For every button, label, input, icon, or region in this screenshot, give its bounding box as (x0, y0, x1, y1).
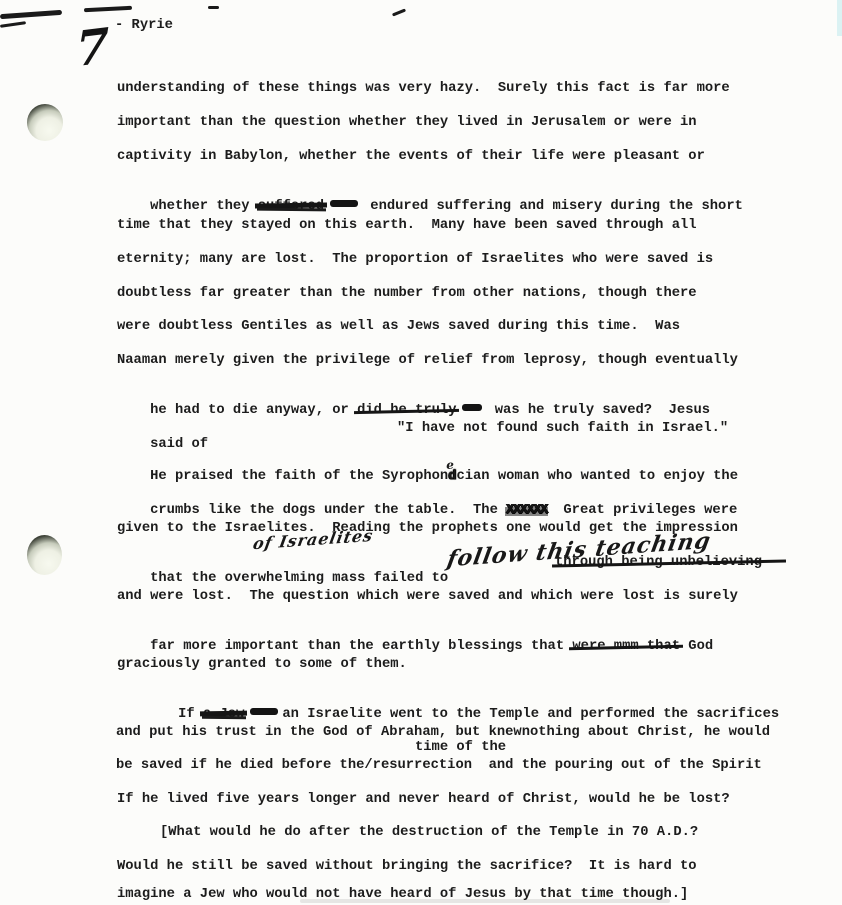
typed-line: Naaman merely given the privilege of rel… (117, 353, 738, 369)
typed-text: God (680, 639, 713, 654)
typed-line: eternity; many are lost. The proportion … (117, 252, 713, 268)
header-note: - Ryrie (115, 18, 173, 33)
strikethrough-text: suffered (258, 199, 324, 215)
torn-edge-mark (392, 8, 406, 16)
typed-line: [What would he do after the destruction … (160, 825, 698, 841)
scanned-page: - Ryrie 7 understanding of these things … (0, 0, 842, 905)
typed-text: crumbs like the dogs under the table. Th… (150, 503, 506, 518)
typed-line: and put his trust in the God of Abraham,… (116, 725, 770, 741)
superscript-insertion: e (446, 457, 454, 473)
blotted-character: de (448, 469, 456, 484)
typed-text: was he truly saved? Jesus (486, 403, 710, 418)
ink-blob (250, 708, 278, 715)
typed-quote: "I have not found such faith in Israel." (397, 421, 728, 437)
typed-text: that the overwhelming mass failed to (150, 571, 456, 586)
typed-line: and were lost. The question which were s… (117, 589, 738, 605)
ink-blob (330, 200, 358, 207)
typed-line: imagine a Jew who would not have heard o… (117, 887, 688, 903)
strikethrough-text: a Jew (203, 707, 244, 723)
interlinear-insertion: time of the (415, 740, 506, 755)
typed-line: If he lived five years longer and never … (117, 792, 730, 808)
typed-text: he had to die anyway, or (150, 403, 357, 418)
typed-text: endured suffering and misery during the … (362, 199, 743, 214)
typed-line: Would he still be saved without bringing… (117, 859, 697, 875)
typed-line: be saved if he died before the/resurrect… (116, 758, 762, 774)
typed-line: graciously granted to some of them. (117, 657, 407, 673)
ink-blob (462, 404, 482, 411)
typed-line: doubtless far greater than the number fr… (117, 286, 697, 302)
typed-text: Great privileges were (547, 503, 737, 518)
overtyped-block: XXXXXX (506, 503, 547, 518)
page-number-handwritten: 7 (76, 22, 110, 74)
typed-text: whether they (150, 199, 258, 214)
scan-edge-artifact (837, 0, 842, 36)
torn-edge-mark (84, 6, 132, 13)
hole-punch-middle (27, 535, 62, 575)
hole-punch-top (27, 104, 63, 141)
typed-line: captivity in Babylon, whether the events… (117, 149, 705, 165)
typed-line: time that they stayed on this earth. Man… (117, 218, 697, 234)
torn-edge-mark (0, 10, 62, 19)
typed-text: said of (150, 437, 208, 452)
typed-text: an Israelite went to the Temple and perf… (282, 707, 779, 722)
torn-edge-mark (0, 21, 26, 28)
torn-edge-mark (208, 6, 219, 9)
typed-line: were doubtless Gentiles as well as Jews … (117, 319, 680, 335)
typed-line: understanding of these things was very h… (117, 81, 730, 97)
strikethrough-text: did he truly (357, 403, 456, 419)
typed-text: He praised the faith of the Syrophon (150, 469, 448, 484)
typed-line: important than the question whether they… (117, 115, 697, 131)
typed-text: cian woman who wanted to enjoy the (456, 469, 738, 484)
strikethrough-text: were mmm that (572, 639, 680, 655)
strikethrough-text: through being unbelieving (555, 555, 762, 571)
typed-text: far more important than the earthly bles… (150, 639, 572, 654)
